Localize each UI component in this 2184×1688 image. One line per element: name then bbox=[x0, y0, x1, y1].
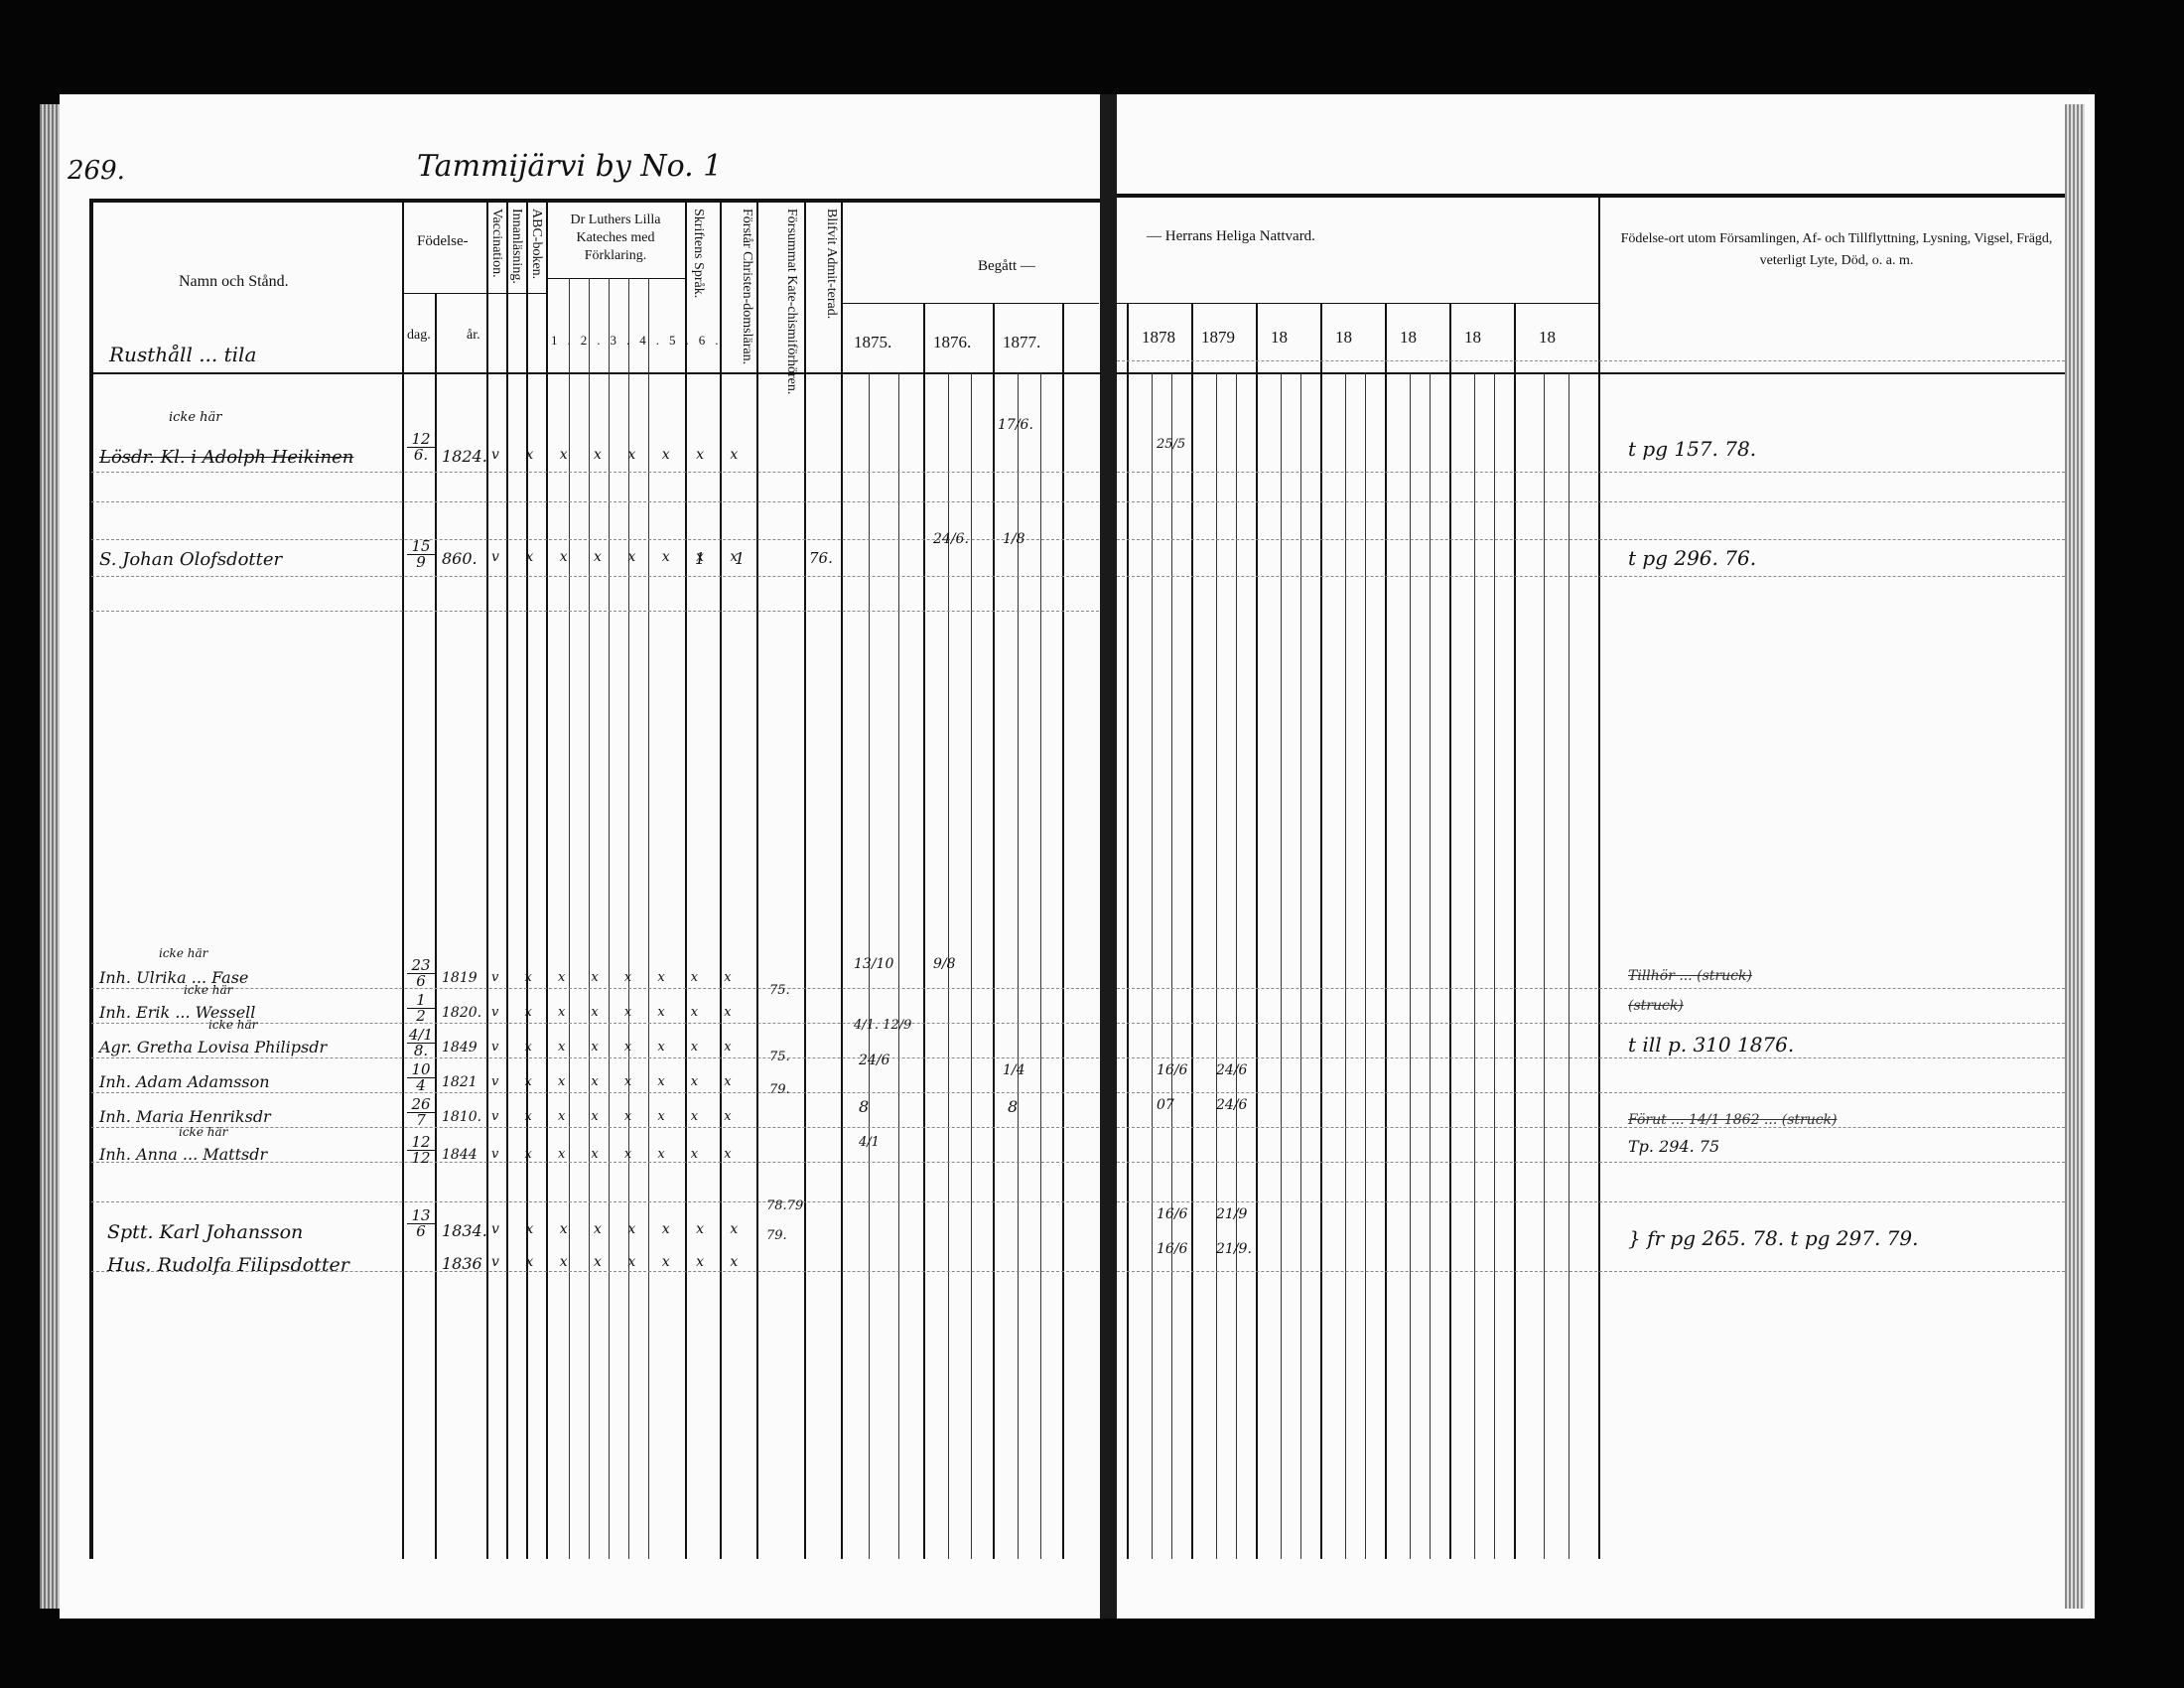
col-divider bbox=[971, 372, 972, 1559]
header-rule-top bbox=[1117, 194, 2070, 198]
col-divider bbox=[1449, 303, 1451, 1559]
communion-date: 8 bbox=[859, 1097, 869, 1116]
year-18-b: 18 bbox=[1335, 328, 1352, 348]
forsummat-value: 79. bbox=[769, 1082, 790, 1097]
catechism-marks: v x x x x x x x bbox=[491, 549, 749, 565]
col-divider bbox=[1320, 303, 1322, 1559]
birth-day-month: 159 bbox=[407, 539, 435, 570]
remark-struck: Tillhör ... (struck) bbox=[1628, 968, 1752, 984]
birth-subrule bbox=[402, 293, 546, 294]
col-divider bbox=[1598, 194, 1600, 1559]
birth-year: 1820. bbox=[442, 1005, 481, 1021]
page-edge-left bbox=[40, 104, 62, 1609]
col-divider bbox=[435, 293, 437, 1559]
col-divider bbox=[1385, 303, 1387, 1559]
years-rule bbox=[841, 303, 1099, 304]
birth-day-month: 126. bbox=[407, 432, 435, 463]
communion-date: 8 bbox=[1008, 1097, 1018, 1116]
communion-date: 24/6 bbox=[859, 1053, 889, 1068]
note-above: icke här bbox=[184, 983, 232, 997]
birth-year: 1836 bbox=[442, 1254, 482, 1273]
col-divider bbox=[923, 303, 925, 1559]
page-number: 269. bbox=[68, 156, 125, 186]
birth-day-month: 12 bbox=[407, 993, 435, 1024]
birth-year: 1844 bbox=[442, 1147, 478, 1163]
header-skriftens-sprak: Skriftens Språk. bbox=[690, 209, 706, 298]
col-divider bbox=[526, 199, 528, 1559]
admitterad-value: 76. bbox=[809, 549, 833, 567]
catechism-marks: v x x x x x x x bbox=[491, 1040, 743, 1055]
years-rule bbox=[1117, 303, 1598, 304]
col-divider bbox=[589, 278, 590, 1559]
header-name: Namn och Stånd. bbox=[179, 273, 289, 291]
birth-year: 1821 bbox=[442, 1074, 478, 1090]
book-spine bbox=[1100, 94, 1118, 1618]
communion-date: 9/8 bbox=[933, 956, 956, 972]
birth-day-month: 1212 bbox=[407, 1135, 435, 1166]
col-divider bbox=[993, 303, 995, 1559]
header-catechism-parts: 1.2.3.4.5.6. bbox=[551, 333, 729, 349]
col-divider bbox=[628, 278, 629, 1559]
remark: } fr pg 265. 78. t pg 297. 79. bbox=[1628, 1226, 1918, 1250]
note-above: icke här bbox=[179, 1125, 227, 1139]
header-vaccination: Vaccination. bbox=[488, 209, 504, 278]
year-1879: 1879 bbox=[1201, 328, 1235, 348]
col-divider bbox=[756, 199, 758, 1559]
birth-day-month: 236 bbox=[407, 958, 435, 989]
catechism-marks: v x x x x x x x bbox=[491, 970, 743, 985]
header-day: dag. bbox=[407, 328, 431, 344]
col-divider bbox=[486, 199, 488, 1559]
col-divider bbox=[804, 199, 806, 1559]
col-divider bbox=[546, 199, 548, 1559]
header-rule-top bbox=[89, 199, 1112, 203]
communion-date: 25/5 bbox=[1157, 437, 1185, 452]
communion-date: 17/6. bbox=[998, 417, 1033, 433]
communion-date: 07 bbox=[1157, 1097, 1174, 1113]
communion-date: 13/10 bbox=[854, 956, 893, 972]
header-remarks: Födelse-ort utom Församlingen, Af- och T… bbox=[1618, 228, 2055, 272]
entry-name: Sptt. Karl Johansson bbox=[107, 1221, 303, 1243]
header-forsummat: Försummat Kate-chismiförhören. bbox=[759, 209, 799, 394]
year-1875: 1875. bbox=[854, 333, 891, 352]
col-divider bbox=[720, 199, 722, 1559]
catechism-subrule bbox=[546, 278, 685, 279]
year-18-a: 18 bbox=[1271, 328, 1288, 348]
birth-year: 1824. bbox=[442, 447, 487, 466]
catechism-marks: v x x x x x x x bbox=[491, 1147, 743, 1162]
remark: t pg 157. 78. bbox=[1628, 437, 1756, 461]
communion-date: 1/4 bbox=[1003, 1062, 1025, 1078]
header-rule-bottom bbox=[89, 372, 1112, 374]
col-divider bbox=[898, 372, 899, 1559]
col-divider bbox=[569, 278, 570, 1559]
ledger-book: 269. Tammijärvi by No. 1 Namn och Stånd.… bbox=[40, 94, 2085, 1618]
catechism-marks: v x x x x x x x bbox=[491, 1221, 749, 1237]
birth-day-month: 104 bbox=[407, 1062, 435, 1093]
catechism-marks: v x x x x x x x bbox=[491, 1109, 743, 1124]
remark: Tp. 294. 75 bbox=[1628, 1137, 1719, 1156]
entry-name: Inh. Anna ... Mattsdr bbox=[99, 1145, 267, 1164]
note-above: icke här bbox=[169, 410, 221, 425]
forsummat-value: 78.79. bbox=[766, 1198, 807, 1213]
birth-year: 860. bbox=[442, 549, 478, 568]
forstar-value: 1 bbox=[735, 549, 745, 568]
col-divider bbox=[648, 278, 649, 1559]
entry-name: Lösdr. Kl. i Adolph Heikinen bbox=[99, 447, 353, 468]
col-divider bbox=[1040, 372, 1041, 1559]
birth-day-month: 4/18. bbox=[407, 1028, 435, 1058]
birth-year: 1819 bbox=[442, 970, 478, 986]
year-18-e: 18 bbox=[1539, 328, 1556, 348]
communion-date: 24/6 bbox=[1216, 1062, 1247, 1078]
col-divider bbox=[1062, 303, 1064, 1559]
skrift-value: 1 bbox=[695, 549, 705, 568]
communion-date: 16/6 bbox=[1157, 1062, 1187, 1078]
col-divider bbox=[841, 199, 843, 1559]
remark: t ill p. 310 1876. bbox=[1628, 1033, 1794, 1056]
entry-name: Hus. Rudolfa Filipsdotter bbox=[107, 1254, 349, 1276]
entry-name: Inh. Maria Henriksdr bbox=[99, 1107, 271, 1126]
header-catechism: Dr Luthers Lilla Kateches med Förklaring… bbox=[551, 211, 680, 265]
year-18-c: 18 bbox=[1400, 328, 1417, 348]
page-edge-right bbox=[2065, 104, 2085, 1609]
forsummat-value: 79. bbox=[766, 1228, 787, 1243]
section-note: Rusthåll ... tila bbox=[109, 343, 256, 366]
remark-struck: (struck) bbox=[1628, 998, 1684, 1014]
year-1877: 1877. bbox=[1003, 333, 1040, 352]
communion-date: 4/1. 12/9 bbox=[854, 1018, 911, 1033]
year-18-d: 18 bbox=[1464, 328, 1481, 348]
remark: t pg 296. 76. bbox=[1628, 546, 1756, 570]
communion-date: 1/8 bbox=[1003, 531, 1025, 547]
entry-name: Inh. Adam Adamsson bbox=[99, 1072, 270, 1091]
birth-day-month: 136 bbox=[407, 1208, 435, 1239]
header-birth: Födelse- bbox=[417, 233, 469, 250]
forsummat-value: 75. bbox=[769, 1050, 790, 1064]
birth-day-month: 267 bbox=[407, 1097, 435, 1128]
col-divider bbox=[685, 199, 687, 1559]
birth-year: 1849 bbox=[442, 1040, 478, 1055]
communion-date: 21/9. bbox=[1216, 1241, 1252, 1257]
col-divider bbox=[1127, 303, 1129, 1559]
catechism-marks: v x x x x x x x bbox=[491, 1005, 743, 1020]
forsummat-value: 75. bbox=[769, 983, 790, 998]
note-above: icke här bbox=[208, 1018, 257, 1032]
communion-date: 24/6 bbox=[1216, 1097, 1247, 1113]
col-divider bbox=[1256, 303, 1258, 1559]
year-1876: 1876. bbox=[933, 333, 971, 352]
header-innanlasning: Innanläsning. bbox=[508, 209, 524, 284]
year-1878: 1878 bbox=[1142, 328, 1175, 348]
communion-date: 16/6 bbox=[1157, 1206, 1187, 1222]
col-divider bbox=[1514, 303, 1516, 1559]
birth-year: 1810. bbox=[442, 1109, 481, 1125]
remark-struck: Förut ... 14/1 1862 ... (struck) bbox=[1628, 1112, 1838, 1128]
header-admitterad: Blifvit Admit-terad. bbox=[809, 209, 839, 319]
village-title: Tammijärvi by No. 1 bbox=[417, 149, 722, 184]
right-page: — Herrans Heliga Nattvard. 1878 1879 18 … bbox=[1117, 94, 2095, 1618]
header-rule-bottom bbox=[1117, 372, 2070, 374]
birth-year: 1834. bbox=[442, 1221, 487, 1240]
header-year: år. bbox=[467, 328, 480, 344]
col-divider bbox=[506, 199, 508, 1559]
note-above: icke här bbox=[159, 946, 207, 960]
communion-date: 16/6 bbox=[1157, 1241, 1187, 1257]
communion-date: 21/9 bbox=[1216, 1206, 1247, 1222]
catechism-marks: v x x x x x x x bbox=[491, 447, 749, 463]
header-begatt: Begått — bbox=[978, 258, 1035, 275]
entry-name: Agr. Gretha Lovisa Philipsdr bbox=[99, 1038, 327, 1056]
catechism-marks: v x x x x x x x bbox=[491, 1254, 749, 1270]
col-divider bbox=[1018, 372, 1019, 1559]
header-nattvard: — Herrans Heliga Nattvard. bbox=[1147, 228, 1315, 245]
entry-name: S. Johan Olofsdotter bbox=[99, 549, 282, 570]
col-divider bbox=[1191, 303, 1193, 1559]
header-abc: ABC-boken. bbox=[528, 209, 544, 279]
left-page: 269. Tammijärvi by No. 1 Namn och Stånd.… bbox=[60, 94, 1102, 1618]
left-border bbox=[89, 199, 93, 1559]
col-divider bbox=[609, 278, 610, 1559]
communion-date: 24/6. bbox=[933, 531, 969, 547]
catechism-marks: v x x x x x x x bbox=[491, 1074, 743, 1089]
communion-date: 4/1 bbox=[859, 1135, 880, 1150]
col-divider bbox=[402, 199, 404, 1559]
header-forstar: Förstår Christen-domslärаn. bbox=[723, 209, 754, 364]
